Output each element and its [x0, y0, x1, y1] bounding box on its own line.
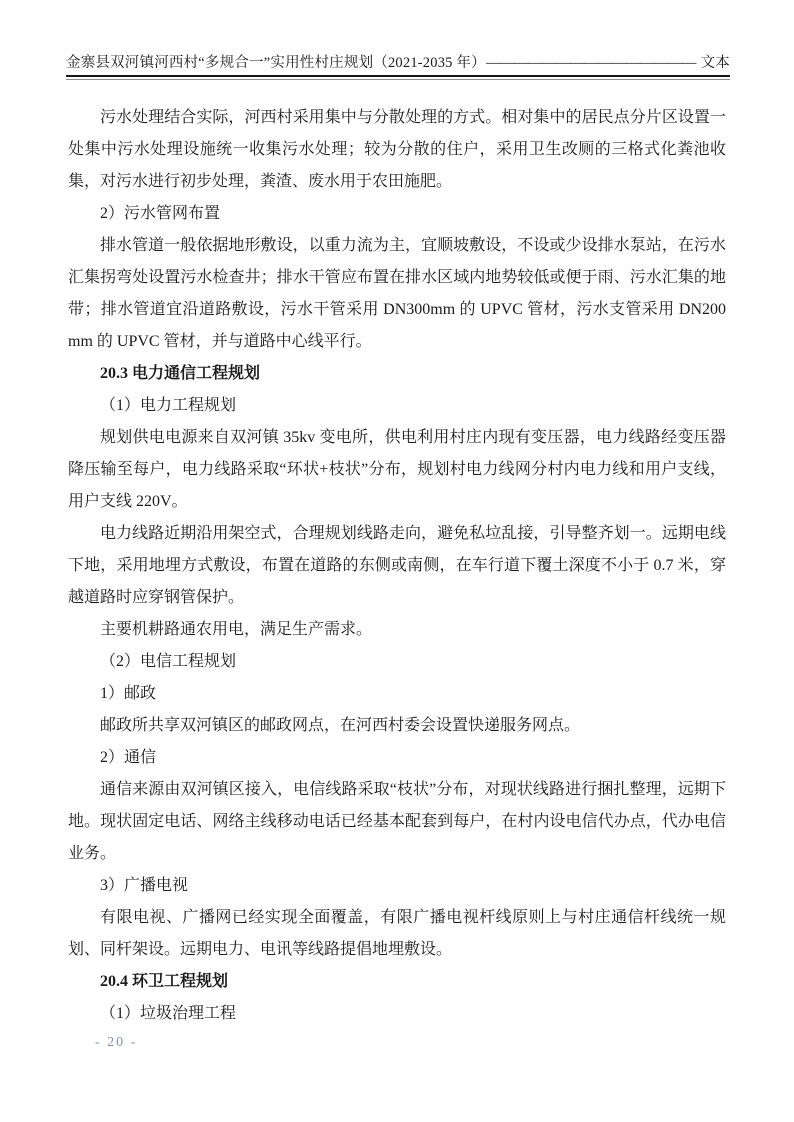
paragraph-communication-lines: 通信来源由双河镇区接入，电信线路采取“枝状”分布，对现状线路进行捆扎整理，远期下…: [68, 774, 726, 870]
page-header: 金寨县双河镇河西村“多规合一”实用性村庄规划（2021-2035 年）—————…: [66, 54, 730, 80]
header-line: 金寨县双河镇河西村“多规合一”实用性村庄规划（2021-2035 年）—————…: [66, 54, 730, 77]
subheading-postal: 1）邮政: [68, 678, 726, 710]
paragraph-power-supply: 规划供电电源来自双河镇 35kv 变电所，供电利用村庄内现有变压器，电力线路经变…: [68, 422, 726, 518]
paragraph-farm-power: 主要机耕路通农用电，满足生产需求。: [68, 614, 726, 646]
header-title: 金寨县双河镇河西村“多规合一”实用性村庄规划（2021-2035 年）: [66, 54, 486, 73]
subheading-telecom-engineering: （2）电信工程规划: [68, 646, 726, 678]
paragraph-power-lines: 电力线路近期沿用架空式，合理规划线路走向，避免私垃乱接，引导整齐划一。远期电线下…: [68, 518, 726, 614]
subheading-sewage-pipe-network: 2）污水管网布置: [68, 198, 726, 230]
page-number: - 20 -: [95, 1035, 137, 1050]
paragraph-drainage-pipes: 排水管道一般依据地形敷设，以重力流为主，宜顺坡敷设，不设或少设排水泵站，在污水汇…: [68, 230, 726, 358]
document-body: 污水处理结合实际，河西村采用集中与分散处理的方式。相对集中的居民点分片区设置一处…: [68, 102, 726, 1030]
page-footer: - 20 -: [95, 1033, 137, 1053]
paragraph-sewage-treatment: 污水处理结合实际，河西村采用集中与分散处理的方式。相对集中的居民点分片区设置一处…: [68, 102, 726, 198]
subheading-power-engineering: （1）电力工程规划: [68, 390, 726, 422]
header-dash-fill: ———————————————: [486, 54, 701, 73]
paragraph-broadcast-coverage: 有限电视、广播网已经实现全面覆盖，有限广播电视杆线原则上与村庄通信杆线统一规划、…: [68, 902, 726, 966]
subheading-communication: 2）通信: [68, 742, 726, 774]
header-doc-type-label: 文本: [701, 54, 730, 73]
subheading-garbage-treatment: （1）垃圾治理工程: [68, 998, 726, 1030]
section-heading-20-3: 20.3 电力通信工程规划: [68, 358, 726, 390]
document-page: 金寨县双河镇河西村“多规合一”实用性村庄规划（2021-2035 年）—————…: [0, 0, 794, 1122]
paragraph-postal-service: 邮政所共享双河镇区的邮政网点，在河西村委会设置快递服务网点。: [68, 710, 726, 742]
subheading-broadcast-tv: 3）广播电视: [68, 870, 726, 902]
section-heading-20-4: 20.4 环卫工程规划: [68, 966, 726, 998]
